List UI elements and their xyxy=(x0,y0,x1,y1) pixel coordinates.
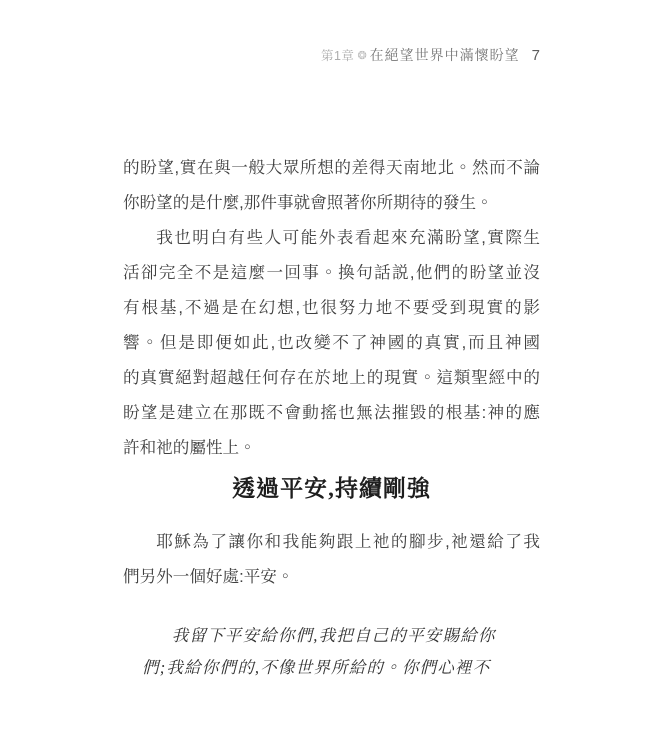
paragraph: 耶穌為了讓你和我能夠跟上祂的腳步,祂還給了我們另外一個好處:平安。 xyxy=(123,524,540,594)
chapter-ornament-icon: ❂ xyxy=(357,50,366,62)
text-line: 盼望是建立在那既不會動搖也無法摧毀的根基:神的應 xyxy=(123,395,540,430)
paragraph: 我也明白有些人可能外表看起來充滿盼望,實際生活卻完全不是這麼一回事。換句話説,他… xyxy=(123,220,540,465)
text-column: 的盼望,實在與一般大眾所想的差得天南地北。然而不論你盼望的是什麼,那件事就會照著… xyxy=(123,150,540,684)
scripture-quote: 我留下平安給你們,我把自己的平安賜給你們;我給你們的,不像世界所給的。你們心裡不 xyxy=(142,620,540,684)
running-header: 第1章❂在絕望世界中滿懷盼望7 xyxy=(123,45,540,65)
text-line: 我也明白有些人可能外表看起來充滿盼望,實際生 xyxy=(123,220,540,255)
text-line: 們;我給你們的,不像世界所給的。你們心裡不 xyxy=(142,652,540,684)
text-line: 們另外一個好處:平安。 xyxy=(123,559,540,594)
page-number: 7 xyxy=(532,47,540,64)
text-line: 你盼望的是什麼,那件事就會照著你所期待的發生。 xyxy=(123,185,540,220)
text-line: 許和祂的屬性上。 xyxy=(123,430,540,465)
chapter-title: 在絕望世界中滿懷盼望 xyxy=(370,47,520,63)
text-line: 的盼望,實在與一般大眾所想的差得天南地北。然而不論 xyxy=(123,150,540,185)
section-heading: 透過平安,持續剛強 xyxy=(123,471,540,506)
text-line: 的真實絕對超越任何存在於地上的現實。這類聖經中的 xyxy=(123,360,540,395)
book-page: 第1章❂在絕望世界中滿懷盼望7 的盼望,實在與一般大眾所想的差得天南地北。然而不… xyxy=(0,0,650,750)
text-line: 有根基,不過是在幻想,也很努力地不要受到現實的影 xyxy=(123,290,540,325)
text-line: 響。但是即便如此,也改變不了神國的真實,而且神國 xyxy=(123,325,540,360)
chapter-label: 第1章 xyxy=(321,49,354,63)
text-line: 活卻完全不是這麼一回事。換句話説,他們的盼望並沒 xyxy=(123,255,540,290)
paragraph-continuation: 的盼望,實在與一般大眾所想的差得天南地北。然而不論你盼望的是什麼,那件事就會照著… xyxy=(123,150,540,220)
text-line: 我留下平安給你們,我把自己的平安賜給你 xyxy=(142,620,540,652)
text-line: 耶穌為了讓你和我能夠跟上祂的腳步,祂還給了我 xyxy=(123,524,540,559)
